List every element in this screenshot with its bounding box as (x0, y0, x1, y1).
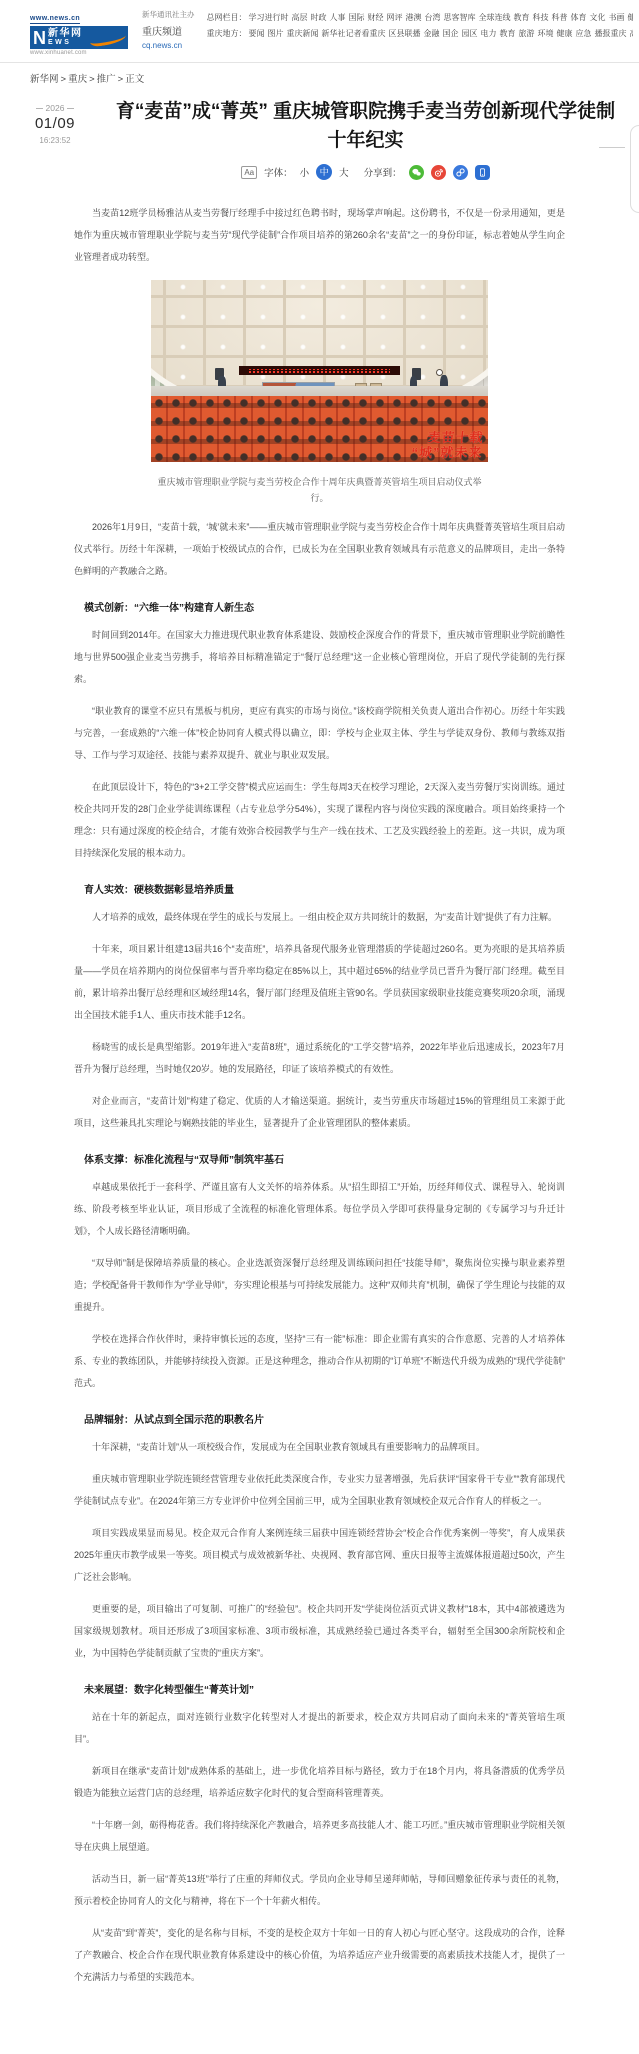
nav-link[interactable]: 播报重庆 (595, 29, 627, 38)
article-header: 2026 01/09 16:23:52 育“麦苗”成“菁英” 重庆城管职院携手麦… (0, 89, 639, 180)
channel-host: 新华通讯社主办 (142, 9, 195, 20)
section-heading: 模式创新：“六维一体”构建育人新生态 (74, 599, 565, 614)
breadcrumb-separator: > (118, 74, 124, 85)
nav-link[interactable]: 区县联播 (389, 29, 421, 38)
logo-ews: EWS (48, 39, 83, 47)
nav-link[interactable]: 重庆新闻 (287, 29, 319, 38)
nav-link[interactable]: 文化 (590, 13, 606, 22)
font-size-icon: Aa (241, 166, 257, 179)
article-paragraph: 重庆城市管理职业学院连锁经营管理专业依托此类深度合作，专业实力显著增强，先后获评… (74, 1468, 565, 1512)
weibo-share-icon[interactable] (431, 165, 446, 180)
article-paragraph: “职业教育的课堂不应只有黑板与机房，更应有真实的市场与岗位。”该校商学院相关负责… (74, 700, 565, 766)
nav-link[interactable]: 全球连线 (479, 13, 511, 22)
article-date: 2026 01/09 16:23:52 (30, 103, 80, 145)
share-label: 分享到： (364, 165, 402, 179)
nav-link[interactable]: 财经 (368, 13, 384, 22)
logo-bottom-url: www.xinhuanet.com (30, 50, 132, 56)
article-photo: m 麦苗十载 “城”就未来 (151, 280, 488, 462)
article-paragraph: “十年磨一剑，砺得梅花香。我们将持续深化产教融合，培养更多高技能人才、能工巧匠。… (74, 1814, 565, 1858)
article-paragraph: 当麦苗12班学员杨雅洁从麦当劳餐厅经理手中接过红色聘书时，现场掌声响起。这份聘书… (74, 202, 565, 268)
nav-link[interactable]: 教育 (514, 13, 530, 22)
article-toolbar: Aa 字体： 小 中 大 分享到： (112, 164, 619, 180)
nav-row-label: 重庆地方： (207, 29, 247, 38)
nav-link[interactable]: 时政 (311, 13, 327, 22)
nav-link[interactable]: 教育 (500, 29, 516, 38)
date-dash-icon (36, 108, 43, 109)
section-heading: 未来展望：数字化转型催生“菁英计划” (74, 1681, 565, 1696)
article-paragraph: 人才培养的成效，最终体现在学生的成长与发展上。一组由校企双方共同统计的数据，为“… (74, 906, 565, 928)
logo-swoosh-icon (89, 33, 126, 48)
nav-link[interactable]: 应急 (576, 29, 592, 38)
logo-text-stack: 新华网 EWS (48, 28, 83, 47)
article-paragraph: 新项目在继承“麦苗计划”成熟体系的基础上，进一步优化培养目标与路径，致力于在18… (74, 1760, 565, 1804)
article-date-monthday: 01/09 (30, 115, 80, 132)
nav-link[interactable]: 高层 (292, 13, 308, 22)
qq-share-icon[interactable] (453, 165, 468, 180)
nav-link[interactable]: 健康 (628, 13, 634, 22)
nav-row: 重庆地方：要闻图片重庆新闻新华社记者看重庆区县联播金融国企园区电力教育旅游环境健… (207, 26, 634, 42)
nav-link[interactable]: 人事 (330, 13, 346, 22)
nav-link[interactable]: 体育 (571, 13, 587, 22)
nav-link[interactable]: 学习进行时 (249, 13, 289, 22)
float-panel-dash (599, 147, 625, 148)
nav-link[interactable]: 网评 (387, 13, 403, 22)
nav-link[interactable]: 电力 (481, 29, 497, 38)
logo-n-letter: N (33, 28, 46, 48)
date-dash-icon (67, 108, 74, 109)
nav-link[interactable]: 国企 (443, 29, 459, 38)
breadcrumb-item[interactable]: 新华网 (30, 74, 59, 85)
nav-link[interactable]: 港澳 (406, 13, 422, 22)
photo-led-banner (239, 366, 401, 375)
font-small-button[interactable]: 小 (300, 165, 310, 179)
nav-link[interactable]: 科技 (533, 13, 549, 22)
nav-link[interactable]: 新华社记者看重庆 (322, 29, 386, 38)
nav-link[interactable]: 高端访谈 (630, 29, 634, 38)
article-date-year: 2026 (30, 103, 80, 113)
photo-overlay-calligraphy: 麦苗十载 “城”就未来 (411, 430, 484, 460)
logo-top-url: www.news.cn (30, 15, 80, 24)
nav-link[interactable]: 科普 (552, 13, 568, 22)
article-paragraph: 卓越成果依托于一套科学、严谨且富有人文关怀的培养体系。从“招生即招工”开始，历经… (74, 1176, 565, 1242)
article-paragraph: 十年来，项目累计组建13届共16个“麦苗班”，培养具备现代服务业管理潜质的学徒超… (74, 938, 565, 1026)
channel-name: 重庆频道 (142, 23, 195, 38)
nav-link[interactable]: 书画 (609, 13, 625, 22)
font-medium-button[interactable]: 中 (316, 164, 332, 180)
article-figure: m 麦苗十载 “城”就未来 重庆城市管理职业学院与麦当劳校企合作十周年庆典暨菁英… (151, 280, 488, 506)
font-large-button[interactable]: 大 (339, 165, 349, 179)
article-paragraph: 更重要的是，项目输出了可复制、可推广的“经验包”。校企共同开发“学徒岗位活页式讲… (74, 1598, 565, 1664)
article-paragraph: 2026年1月9日，“麦苗十载，‘城’就未来”——重庆城市管理职业学院与麦当劳校… (74, 516, 565, 582)
article-paragraph: “双导师”制是保障培养质量的核心。企业选派资深餐厅总经理及训练顾问担任“技能导师… (74, 1252, 565, 1318)
xinhuanet-logo[interactable]: www.news.cn N 新华网 EWS www.xinhuanet.com (30, 7, 132, 56)
article-paragraph: 项目实践成果显而易见。校企双元合作育人案例连续三届获中国连锁经营协会“校企合作优… (74, 1522, 565, 1588)
logo-name-cn: 新华网 (48, 28, 83, 39)
page-title: 育“麦苗”成“菁英” 重庆城管职院携手麦当劳创新现代学徒制十年纪实 (112, 97, 619, 155)
header-nav: 总网栏目：学习进行时高层时政人事国际财经网评港澳台湾思客智库全球连线教育科技科普… (207, 7, 634, 42)
channel-info: 新华通讯社主办 重庆频道 cq.news.cn (142, 7, 195, 50)
breadcrumb-separator: > (61, 74, 67, 85)
wechat-share-icon[interactable] (409, 165, 424, 180)
breadcrumb-separator: > (89, 74, 95, 85)
nav-link[interactable]: 健康 (557, 29, 573, 38)
nav-link[interactable]: 要闻 (249, 29, 265, 38)
nav-link[interactable]: 金融 (424, 29, 440, 38)
font-label: 字体： (264, 165, 293, 179)
section-heading: 体系支撑：标准化流程与“双导师”制筑牢基石 (74, 1151, 565, 1166)
article-body: 当麦苗12班学员杨雅洁从麦当劳餐厅经理手中接过红色聘书时，现场掌声响起。这份聘书… (0, 180, 639, 2054)
section-heading: 育人实效：硬核数据彰显培养质量 (74, 881, 565, 896)
photo-overlay-line1: 麦苗十载 (412, 430, 484, 445)
breadcrumb-item[interactable]: 重庆 (68, 74, 87, 85)
photo-front-row (151, 386, 488, 397)
article-date-time: 16:23:52 (30, 136, 80, 145)
article-paragraph: 杨晓雪的成长是典型缩影。2019年进入“麦苗8班”，通过系统化的“工学交替”培养… (74, 1036, 565, 1080)
page: www.news.cn N 新华网 EWS www.xinhuanet.com … (0, 0, 639, 2054)
article-paragraph: 时间回到2014年。在国家大力推进现代职业教育体系建设、鼓励校企深度合作的背景下… (74, 624, 565, 690)
nav-link[interactable]: 图片 (268, 29, 284, 38)
xinhuanet-logo-box: N 新华网 EWS (30, 26, 128, 49)
nav-link[interactable]: 园区 (462, 29, 478, 38)
mobile-share-icon[interactable] (475, 165, 490, 180)
article-paragraph: 在此顶层设计下，特色的“3+2工学交替”模式应运而生：学生每周3天在校学习理论，… (74, 776, 565, 864)
article-paragraph: 学校在选择合作伙伴时，秉持审慎长远的态度，坚持“三有一能”标准：即企业需有真实的… (74, 1328, 565, 1394)
side-float-panel[interactable] (630, 125, 639, 213)
nav-row: 总网栏目：学习进行时高层时政人事国际财经网评港澳台湾思客智库全球连线教育科技科普… (207, 10, 634, 26)
nav-link[interactable]: 环境 (538, 29, 554, 38)
article-paragraph: 从“麦苗”到“菁英”，变化的是名称与目标，不变的是校企双方十年如一日的育人初心与… (74, 1922, 565, 1988)
date-year-text: 2026 (46, 103, 65, 113)
photo-overlay-line2: “城”就未来 (411, 445, 483, 460)
nav-link[interactable]: 国际 (349, 13, 365, 22)
article-paragraph: 活动当日，新一届“菁英13班”举行了庄重的拜师仪式。学员向企业导师呈递拜师帖，导… (74, 1868, 565, 1912)
nav-row-label: 总网栏目： (207, 13, 247, 22)
breadcrumb: 新华网>重庆>推广>正文 (0, 63, 639, 89)
nav-link[interactable]: 旅游 (519, 29, 535, 38)
breadcrumb-item[interactable]: 推广 (97, 74, 116, 85)
photo-caption: 重庆城市管理职业学院与麦当劳校企合作十周年庆典暨菁英管培生项目启动仪式举行。 (151, 474, 488, 506)
article-paragraph: 十年深耕，“麦苗计划”从一项校级合作，发展成为在全国职业教育领域具有重要影响力的… (74, 1436, 565, 1458)
nav-link[interactable]: 台湾 (425, 13, 441, 22)
article-paragraph: 站在十年的新起点，面对连锁行业数字化转型对人才提出的新要求，校企双方共同启动了面… (74, 1706, 565, 1750)
breadcrumb-item: 正文 (125, 74, 144, 85)
channel-url-link[interactable]: cq.news.cn (142, 41, 195, 50)
article-paragraph: 对企业而言，“麦苗计划”构建了稳定、优质的人才输送渠道。据统计，麦当劳重庆市场超… (74, 1090, 565, 1134)
section-heading: 品牌辐射：从试点到全国示范的职教名片 (74, 1411, 565, 1426)
site-header: www.news.cn N 新华网 EWS www.xinhuanet.com … (0, 0, 639, 63)
nav-link[interactable]: 思客智库 (444, 13, 476, 22)
